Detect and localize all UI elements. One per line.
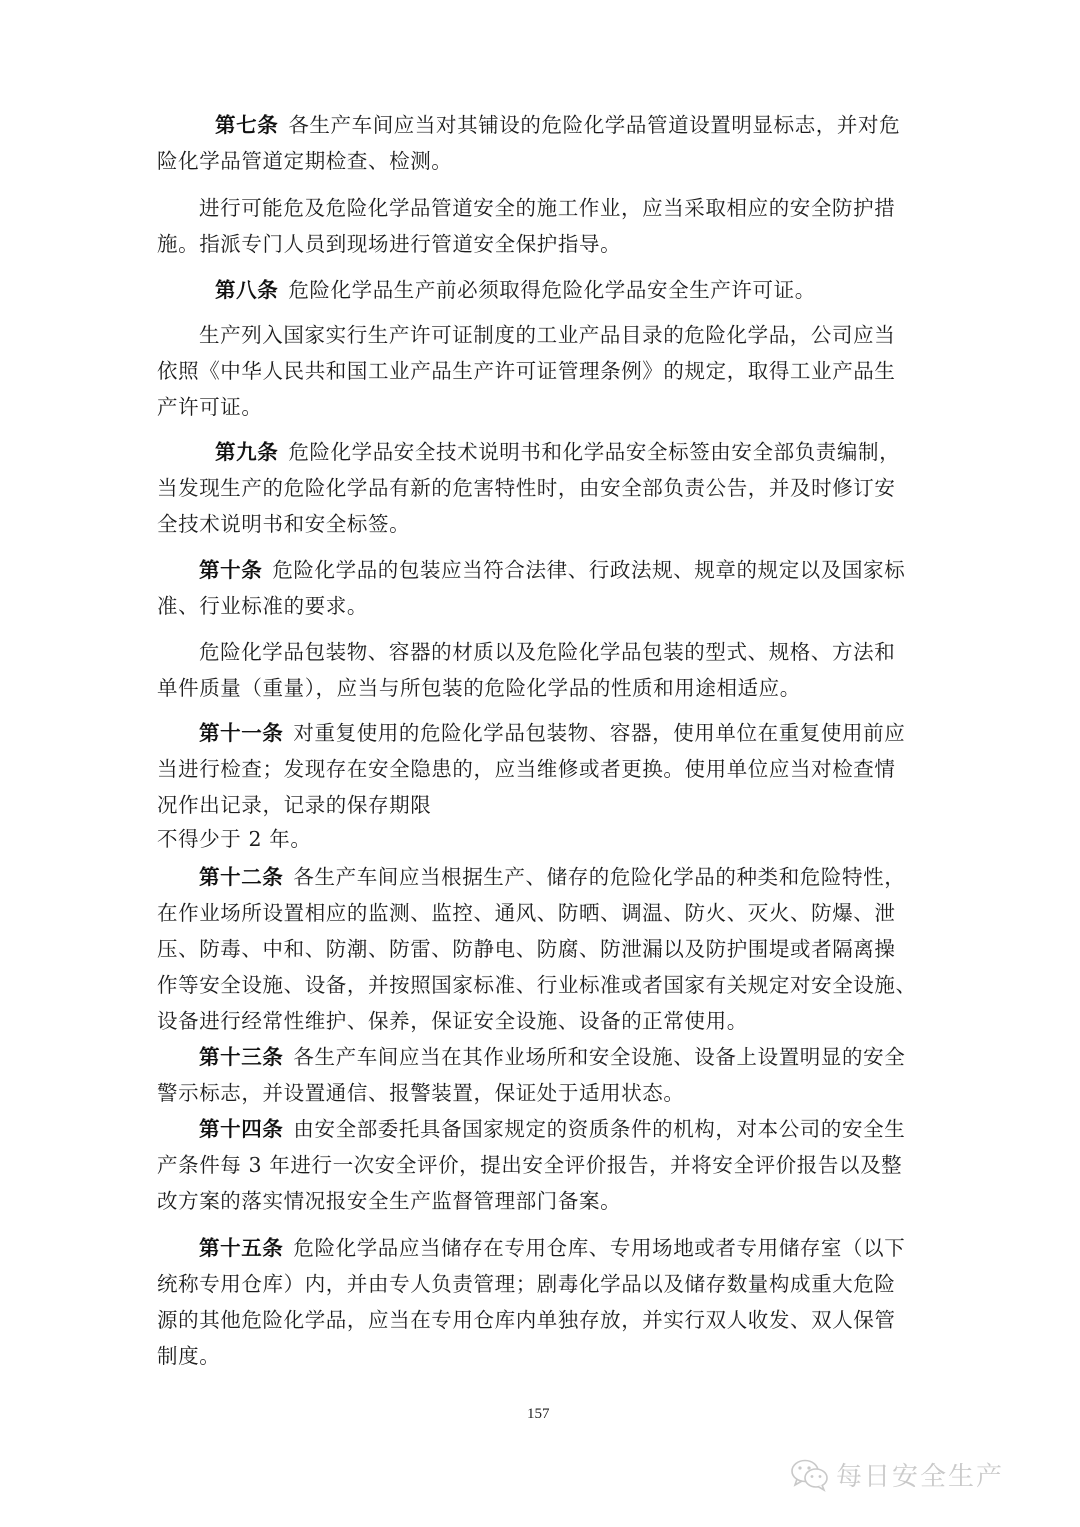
article-11-line-3: 况作出记录，记录的保存期限 (157, 791, 932, 819)
article-8-line-1: 第八条危险化学品生产前必须取得危险化学品安全生产许可证。 (215, 276, 990, 304)
article-12-title: 第十二条 (199, 865, 283, 889)
article-text: 由安全部委托具备国家规定的资质条件的机构，对本公司的安全生 (293, 1117, 905, 1141)
article-text: 对重复使用的危险化学品包装物、容器，使用单位在重复使用前应 (293, 721, 905, 745)
article-13-line-1: 第十三条各生产车间应当在其作业场所和安全设施、设备上设置明显的安全 (199, 1043, 974, 1071)
article-7-line-2: 险化学品管道定期检查、检测。 (157, 147, 932, 175)
article-12-line-2: 在作业场所设置相应的监测、监控、通风、防晒、调温、防火、灭火、防爆、泄 (157, 899, 932, 927)
article-9-line-2: 当发现生产的危险化学品有新的危害特性时，由安全部负责公告，并及时修订安 (157, 474, 932, 502)
article-8-para-2-line-1: 生产列入国家实行生产许可证制度的工业产品目录的危险化学品，公司应当 (199, 321, 974, 349)
article-text: 危险化学品应当储存在专用仓库、专用场地或者专用储存室（以下 (293, 1236, 905, 1260)
article-15-line-1: 第十五条危险化学品应当储存在专用仓库、专用场地或者专用储存室（以下 (199, 1234, 974, 1262)
page-number: 157 (527, 1406, 550, 1423)
article-12-line-1: 第十二条各生产车间应当根据生产、储存的危险化学品的种类和危险特性， (199, 863, 974, 891)
article-8-para-2-line-2: 依照《中华人民共和国工业产品生产许可证管理条例》的规定，取得工业产品生 (157, 357, 932, 385)
article-text: 各生产车间应当根据生产、储存的危险化学品的种类和危险特性， (293, 865, 905, 889)
article-10-para-2-line-2: 单件质量（重量），应当与所包装的危险化学品的性质和用途相适应。 (157, 674, 932, 702)
article-13-title: 第十三条 (199, 1045, 283, 1069)
document-page: 第七条各生产车间应当对其铺设的危险化学品管道设置明显标志，并对危 险化学品管道定… (0, 0, 1080, 1527)
article-9-line-1: 第九条危险化学品安全技术说明书和化学品安全标签由安全部负责编制， (215, 438, 990, 466)
article-text: 危险化学品的包装应当符合法律、行政法规、规章的规定以及国家标 (272, 558, 905, 582)
article-10-title: 第十条 (199, 558, 262, 582)
article-14-title: 第十四条 (199, 1117, 283, 1141)
article-7-line-1: 第七条各生产车间应当对其铺设的危险化学品管道设置明显标志，并对危 (215, 111, 990, 139)
article-15-line-2: 统称专用仓库）内，并由专人负责管理；剧毒化学品以及储存数量构成重大危险 (157, 1270, 932, 1298)
article-14-line-3: 改方案的落实情况报安全生产监督管理部门备案。 (157, 1187, 932, 1215)
article-text: 各生产车间应当对其铺设的危险化学品管道设置明显标志，并对危 (288, 113, 900, 137)
article-text: 各生产车间应当在其作业场所和安全设施、设备上设置明显的安全 (293, 1045, 905, 1069)
article-14-line-2: 产条件每 3 年进行一次安全评价，提出安全评价报告，并将安全评价报告以及整 (157, 1151, 932, 1179)
article-15-line-4: 制度。 (157, 1342, 932, 1370)
article-12-line-4: 作等安全设施、设备，并按照国家标准、行业标准或者国家有关规定对安全设施、 (157, 971, 932, 999)
watermark: 每日安全生产 (790, 1456, 1004, 1493)
article-8-title: 第八条 (215, 278, 278, 302)
article-text: 危险化学品安全技术说明书和化学品安全标签由安全部负责编制， (288, 440, 900, 464)
article-11-line-4: 不得少于 2 年。 (157, 825, 932, 853)
article-7-title: 第七条 (215, 113, 278, 137)
article-7-para-2-line-2: 施。指派专门人员到现场进行管道安全保护指导。 (157, 230, 932, 258)
article-11-title: 第十一条 (199, 721, 283, 745)
article-10-line-1: 第十条危险化学品的包装应当符合法律、行政法规、规章的规定以及国家标 (199, 556, 974, 584)
wechat-icon (790, 1458, 830, 1492)
article-text: 危险化学品生产前必须取得危险化学品安全生产许可证。 (288, 278, 816, 302)
article-15-line-3: 源的其他危险化学品，应当在专用仓库内单独存放，并实行双人收发、双人保管 (157, 1306, 932, 1334)
watermark-text: 每日安全生产 (836, 1456, 1004, 1493)
article-14-line-1: 第十四条由安全部委托具备国家规定的资质条件的机构，对本公司的安全生 (199, 1115, 974, 1143)
article-9-line-3: 全技术说明书和安全标签。 (157, 510, 932, 538)
article-12-line-5: 设备进行经常性维护、保养，保证安全设施、设备的正常使用。 (157, 1007, 932, 1035)
article-8-para-2-line-3: 产许可证。 (157, 393, 932, 421)
article-15-title: 第十五条 (199, 1236, 283, 1260)
article-10-line-2: 准、行业标准的要求。 (157, 592, 932, 620)
article-13-line-2: 警示标志，并设置通信、报警装置，保证处于适用状态。 (157, 1079, 932, 1107)
article-11-line-1: 第十一条对重复使用的危险化学品包装物、容器，使用单位在重复使用前应 (199, 719, 974, 747)
article-12-line-3: 压、防毒、中和、防潮、防雷、防静电、防腐、防泄漏以及防护围堤或者隔离操 (157, 935, 932, 963)
article-11-line-2: 当进行检查；发现存在安全隐患的，应当维修或者更换。使用单位应当对检查情 (157, 755, 932, 783)
article-7-para-2-line-1: 进行可能危及危险化学品管道安全的施工作业，应当采取相应的安全防护措 (199, 194, 974, 222)
article-9-title: 第九条 (215, 440, 278, 464)
article-10-para-2-line-1: 危险化学品包装物、容器的材质以及危险化学品包装的型式、规格、方法和 (199, 638, 974, 666)
